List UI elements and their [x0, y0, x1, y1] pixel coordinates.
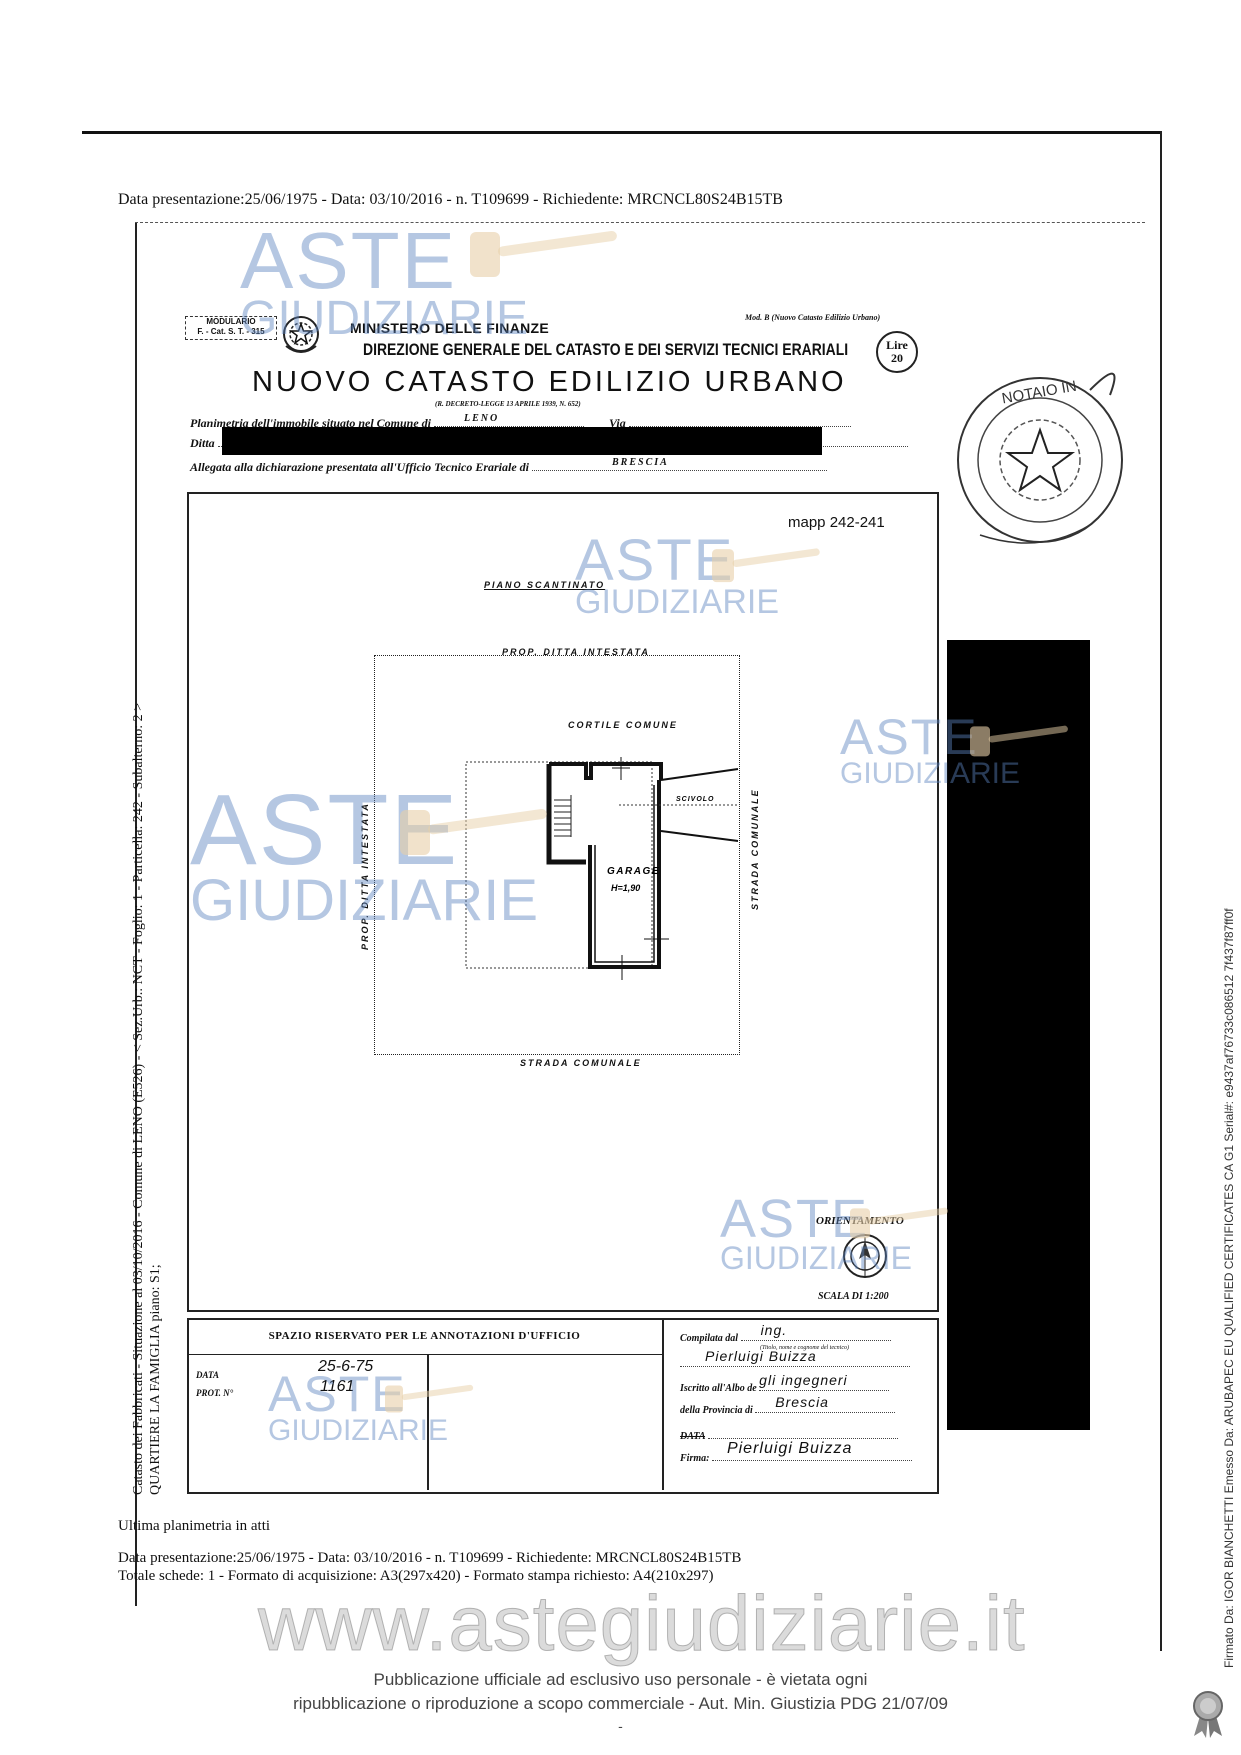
decree-reference: (R. DECRETO-LEGGE 13 APRILE 1939, N. 652…	[435, 400, 581, 408]
ditta-label: Ditta	[190, 436, 215, 450]
lire-stamp: Lire 20	[876, 331, 918, 373]
iscritto-label: Iscritto all'Albo de	[680, 1383, 757, 1394]
firma-value: Pierluigi Buizza	[727, 1440, 852, 1458]
scale-label: SCALA DI 1:200	[818, 1291, 889, 1302]
east-boundary-label: STRADA COMUNALE	[750, 788, 760, 910]
firma-row: Firma: Pierluigi Buizza	[680, 1450, 912, 1464]
footer-presentation-line: Data presentazione:25/06/1975 - Data: 03…	[118, 1550, 741, 1567]
publication-notice-line3: -	[0, 1718, 1241, 1734]
south-boundary-label: STRADA COMUNALE	[520, 1058, 642, 1068]
allegata-label: Allegata alla dichiarazione presentata a…	[190, 460, 529, 474]
notary-seal-icon: NOTAIO IN	[940, 355, 1140, 555]
iscritto-row: Iscritto all'Albo de gli ingegneri	[680, 1380, 889, 1394]
gavel-watermark-icon	[470, 222, 620, 292]
comune-field: LENO	[434, 416, 584, 427]
cadastral-line2: QUARTIERE LA FAMIGLIA piano: S1;	[147, 703, 164, 1495]
ufficio-value: BRESCIA	[612, 457, 669, 468]
annotations-heading: SPAZIO RISERVATO PER LE ANNOTAZIONI D'UF…	[187, 1318, 664, 1355]
gavel-watermark-icon	[385, 1378, 475, 1423]
compilata-title: ing.	[761, 1322, 788, 1338]
compilata-title-field: ing.	[741, 1330, 891, 1341]
iscritto-value: gli ingegneri	[759, 1372, 848, 1388]
page-right-rule	[1160, 131, 1162, 1651]
data2-label: DATA	[680, 1431, 705, 1442]
cadastral-line1: Catasto dei Fabbricati - Situazione al 0…	[130, 703, 147, 1495]
via-field	[629, 416, 851, 427]
data2-field	[708, 1428, 898, 1439]
certification-badge-icon	[1190, 1688, 1226, 1738]
mapp-reference: mapp 242-241	[788, 514, 885, 531]
page-top-rule	[82, 131, 1162, 134]
provincia-row: della Provincia di Brescia	[680, 1402, 895, 1416]
gavel-watermark-icon	[400, 800, 550, 870]
watermark-url: www.astegiudiziarie.it	[258, 1578, 1026, 1669]
compilata-name: Pierluigi Buizza	[705, 1348, 817, 1364]
annotations-divider	[662, 1318, 664, 1490]
model-reference: Mod. B (Nuovo Catasto Edilizio Urbano)	[745, 313, 880, 322]
provincia-value: Brescia	[775, 1394, 829, 1410]
cadastral-reference-vertical: Catasto dei Fabbricati - Situazione al 0…	[130, 703, 164, 1495]
allegata-row: Allegata alla dichiarazione presentata a…	[190, 460, 827, 475]
publication-notice-line2: ripubblicazione o riproduzione a scopo c…	[0, 1694, 1241, 1714]
ramp-label-text: SCIVOLO	[676, 796, 715, 803]
data-label: DATA	[196, 1370, 219, 1380]
compilata-label: Compilata dal	[680, 1333, 738, 1344]
document-title: NUOVO CATASTO EDILIZIO URBANO	[252, 366, 847, 399]
compilata-name-row: Pierluigi Buizza	[680, 1356, 910, 1370]
lire-value: 20	[878, 352, 916, 365]
iscritto-field: gli ingegneri	[759, 1380, 889, 1391]
compilata-name-field: Pierluigi Buizza	[680, 1356, 910, 1367]
gavel-watermark-icon	[850, 1200, 950, 1250]
publication-notice-line1: Pubblicazione ufficiale ad esclusivo uso…	[0, 1670, 1241, 1690]
provincia-label: della Provincia di	[680, 1405, 753, 1416]
digital-signature-vertical: Firmato Da: IGOR BIANCHETTI Emesso Da: A…	[1222, 908, 1236, 1668]
provincia-field: Brescia	[755, 1402, 895, 1413]
ultima-planimetria: Ultima planimetria in atti	[118, 1518, 270, 1535]
room-name-text: GARAGE	[607, 866, 660, 877]
compilata-row: Compilata dal ing.	[680, 1330, 891, 1344]
firma-field: Pierluigi Buizza	[712, 1450, 912, 1461]
redaction-ditta	[222, 427, 822, 455]
room-height-text: H=1,90	[611, 883, 640, 893]
firma-label: Firma:	[680, 1453, 709, 1464]
prot-label: PROT. N°	[196, 1388, 233, 1398]
ufficio-field: BRESCIA	[532, 460, 827, 471]
gavel-watermark-icon	[970, 718, 1070, 768]
presentation-header: Data presentazione:25/06/1975 - Data: 03…	[118, 191, 783, 209]
gavel-watermark-icon	[712, 540, 822, 595]
comune-value: LENO	[464, 413, 499, 424]
